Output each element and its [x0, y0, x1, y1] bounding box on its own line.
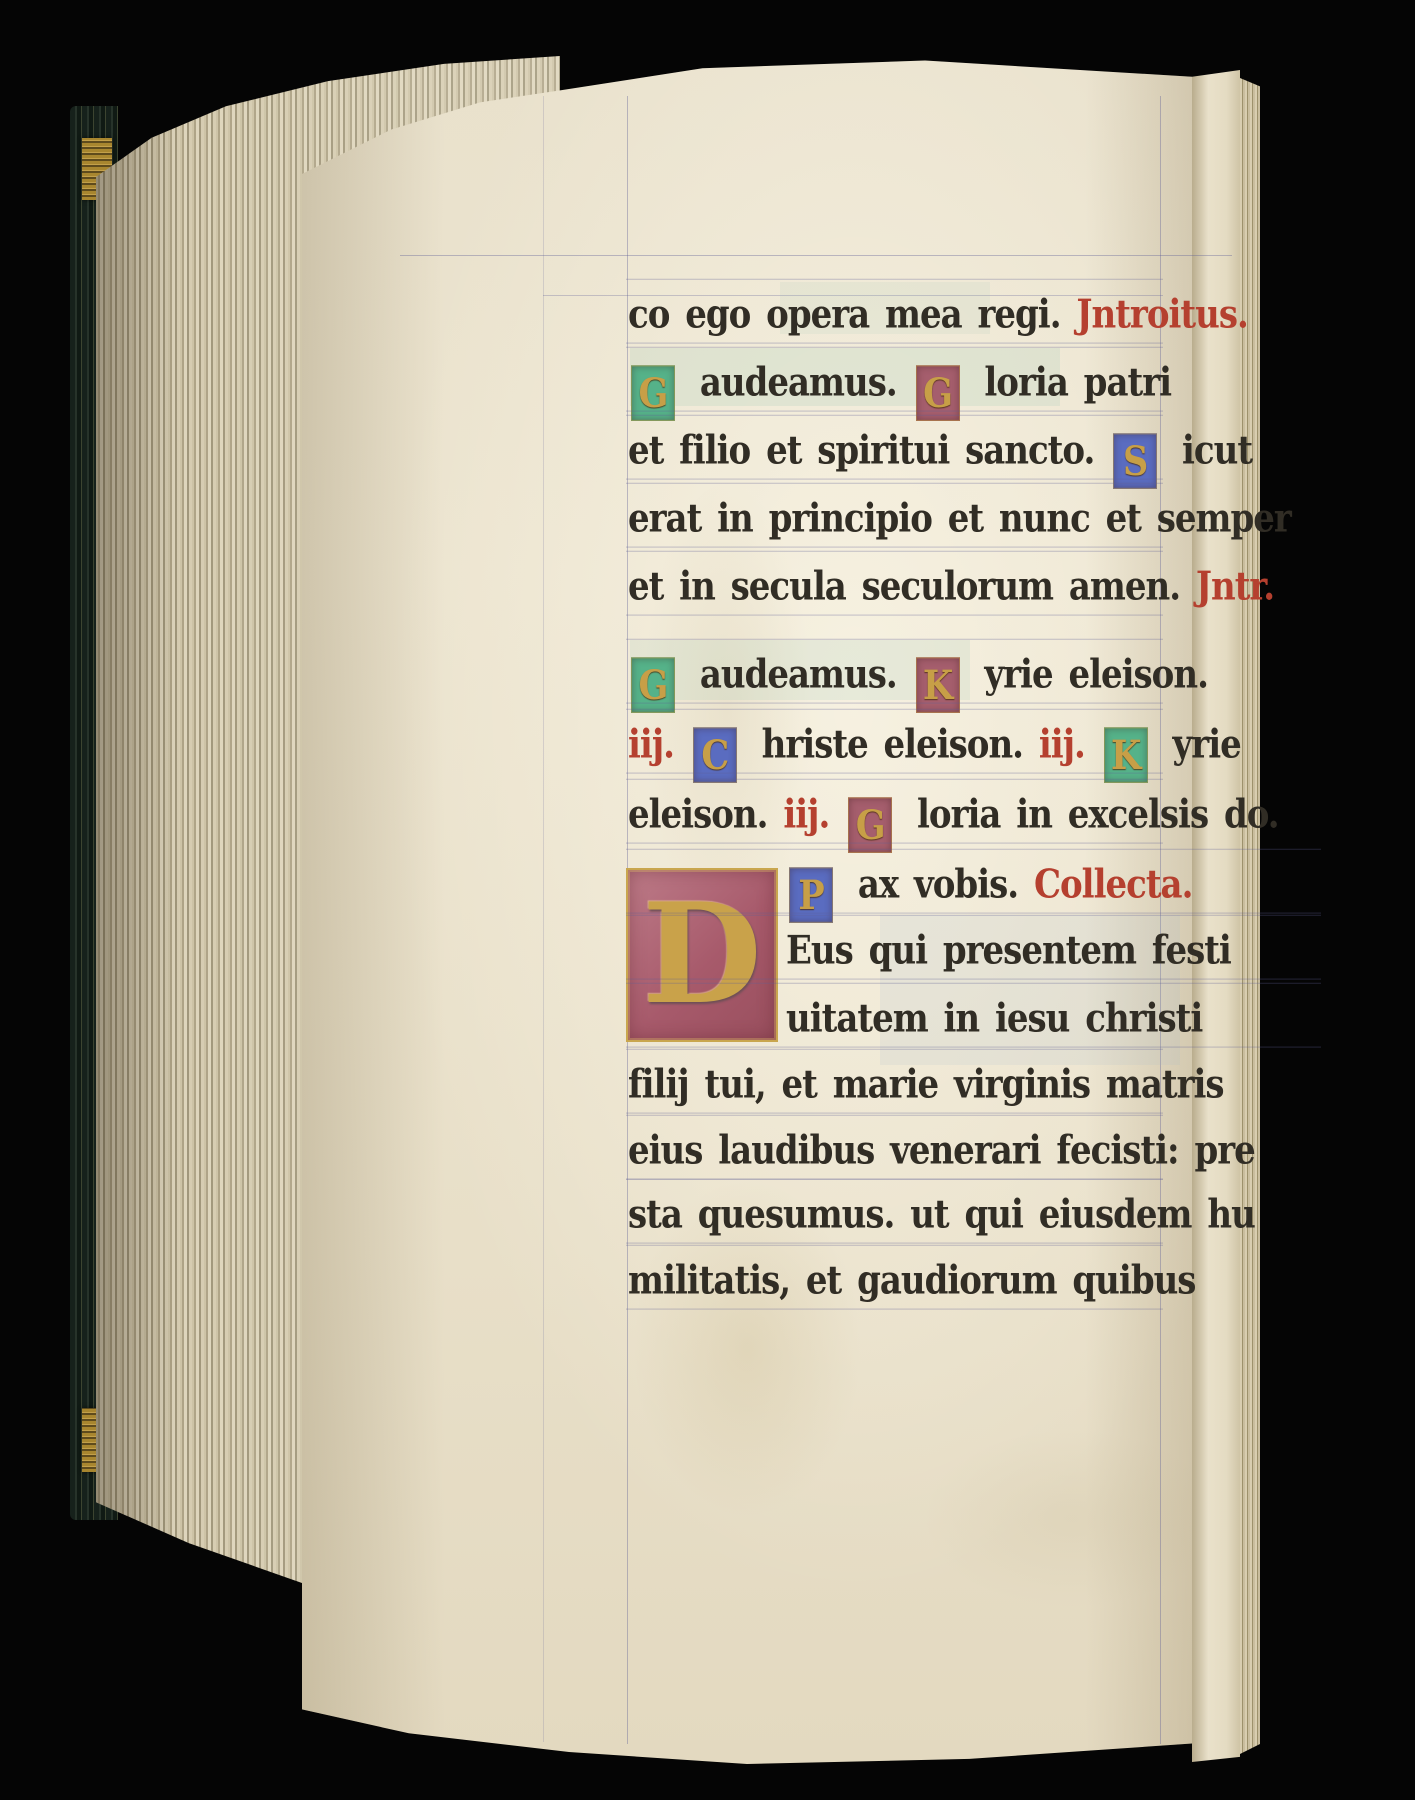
text-line-04: erat in principio et nunc et semper	[628, 487, 1161, 550]
rubric-text: Collecta.	[1034, 861, 1192, 907]
verse-text: eius laudibus venerari fecisti: pre	[628, 1127, 1255, 1173]
verse-text: sta quesumus. ut qui eiusdem hu	[628, 1191, 1255, 1237]
text-line-01: co ego opera mea regi. Jntroitus.	[628, 283, 1161, 346]
verse-text: hriste eleison.	[762, 721, 1023, 767]
decorated-initial-S: S	[1113, 433, 1157, 489]
text-line-07: iij. C hriste eleison. iij. K yrie	[628, 713, 1161, 776]
text-line-05: et in secula seculorum amen. Jntr.	[628, 555, 1161, 618]
ruling-horizontal-top	[400, 255, 1232, 256]
decorated-initial-G: G	[631, 657, 675, 713]
verse-text: erat in principio et nunc et semper	[628, 495, 1291, 541]
text-line-08: eleison. iij. G loria in excelsis do.	[628, 783, 1161, 846]
decorated-initial-C: C	[693, 727, 737, 783]
rubric-text: iij.	[783, 791, 829, 837]
decorated-initial-K: K	[1104, 727, 1148, 783]
decorated-initial-G: G	[916, 365, 960, 421]
rubric-text: iij.	[628, 721, 674, 767]
manuscript-photo: D co ego opera mea regi. Jntroitus. G au…	[0, 0, 1415, 1800]
text-line-03: et filio et spiritui sancto. S icut	[628, 419, 1161, 482]
verse-text: filij tui, et marie virginis matris	[628, 1061, 1224, 1107]
verse-text: audeamus.	[700, 651, 897, 697]
ruling-vertical-outer	[543, 96, 544, 1742]
verse-text: militatis, et gaudiorum quibus	[628, 1257, 1195, 1303]
text-line-14: sta quesumus. ut qui eiusdem hu	[628, 1183, 1161, 1246]
verse-text: yrie	[1173, 721, 1241, 767]
decorated-initial-K: K	[916, 657, 960, 713]
text-line-13: eius laudibus venerari fecisti: pre	[628, 1119, 1161, 1182]
text-line-15: militatis, et gaudiorum quibus	[628, 1249, 1161, 1312]
verse-text: et in secula seculorum amen.	[628, 563, 1180, 609]
verse-text: ax vobis.	[858, 861, 1018, 907]
verse-text: et filio et spiritui sancto.	[628, 427, 1094, 473]
text-line-09: P ax vobis. Collecta.	[628, 853, 1319, 916]
text-line-02: G audeamus. G loria patri	[628, 351, 1161, 414]
verse-text: audeamus.	[700, 359, 897, 405]
verse-text: co ego opera mea regi.	[628, 291, 1061, 337]
rubric-text: Jntroitus.	[1076, 291, 1247, 337]
verse-text: loria patri	[984, 359, 1171, 405]
rubric-text: iij.	[1039, 721, 1085, 767]
decorated-initial-G: G	[848, 797, 892, 853]
rubric-text: Jntr.	[1196, 563, 1274, 609]
text-line-11: uitatem in iesu christi	[628, 987, 1319, 1050]
text-line-12: filij tui, et marie virginis matris	[628, 1053, 1161, 1116]
verse-text: loria in excelsis do.	[917, 791, 1279, 837]
verse-text: uitatem in iesu christi	[786, 995, 1202, 1041]
vellum-stain	[922, 1428, 1222, 1608]
text-line-10: Eus qui presentem festi	[628, 919, 1319, 982]
verse-text: Eus qui presentem festi	[786, 927, 1231, 973]
verse-text: yrie eleison.	[984, 651, 1208, 697]
text-line-06: G audeamus. K yrie eleison.	[628, 643, 1161, 706]
verse-text: icut	[1182, 427, 1252, 473]
decorated-initial-G: G	[631, 365, 675, 421]
verse-text: eleison.	[628, 791, 767, 837]
